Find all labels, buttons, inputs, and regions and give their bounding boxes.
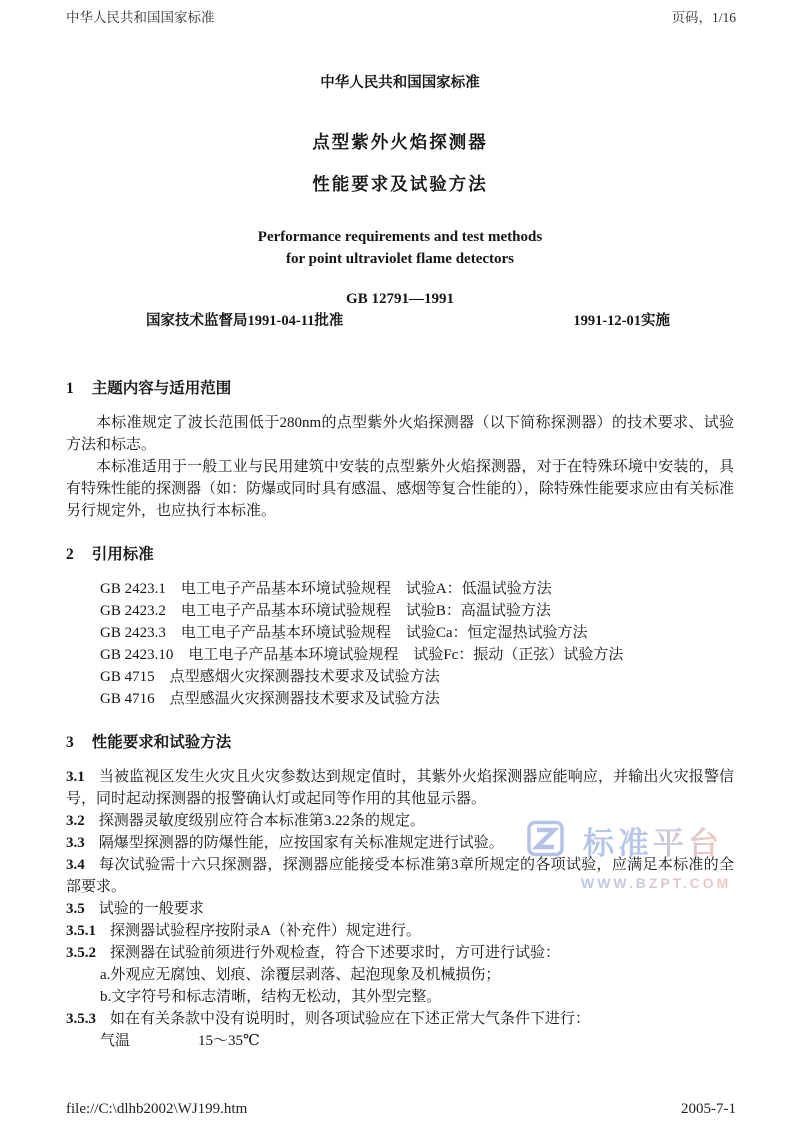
page-number: 页码，1/16 [671, 6, 736, 26]
clause-3-1: 3.1当被监视区发生火灾且火灾参数达到规定值时，其紫外火焰探测器应能响应，并输出… [66, 766, 734, 810]
reference-item: GB 2423.3 电工电子产品基本环境试验规程 试验Ca：恒定湿热试验方法 [100, 622, 734, 644]
section-1-paragraph: 本标准适用于一般工业与民用建筑中安装的点型紫外火焰探测器，对于在特殊环境中安装的… [66, 456, 734, 522]
section-2-heading: 2引用标准 [66, 544, 734, 566]
header-title: 中华人民共和国国家标准 [66, 6, 215, 26]
document-body: 中华人民共和国国家标准 点型紫外火焰探测器 性能要求及试验方法 Performa… [0, 72, 800, 1052]
effective-date: 1991-12-01实施 [573, 310, 670, 332]
reference-item: GB 4716 点型感温火灾探测器技术要求及试验方法 [100, 688, 734, 710]
standard-number: GB 12791—1991 [66, 288, 734, 310]
file-path: file://C:\dlhb2002\WJ199.htm [66, 1101, 247, 1118]
test-condition-row: 气温15～35℃ [66, 1030, 734, 1052]
standard-title-en-2: for point ultraviolet flame detectors [66, 248, 734, 270]
condition-value: 15～35℃ [198, 1033, 260, 1049]
document-footer: file://C:\dlhb2002\WJ199.htm 2005-7-1 [66, 1101, 736, 1118]
clause-3-3: 3.3隔爆型探测器的防爆性能，应按国家有关标准规定进行试验。 [66, 832, 734, 854]
approval-line: 国家技术监督局1991-04-11批准 1991-12-01实施 [66, 310, 734, 332]
org-line: 中华人民共和国国家标准 [66, 72, 734, 94]
reference-item: GB 4715 点型感烟火灾探测器技术要求及试验方法 [100, 666, 734, 688]
reference-item: GB 2423.2 电工电子产品基本环境试验规程 试验B：高温试验方法 [100, 600, 734, 622]
subitem-b: b.文字符号和标志清晰，结构无松动，其外型完整。 [66, 986, 734, 1008]
approved-by: 国家技术监督局1991-04-11批准 [146, 310, 343, 332]
clause-3-4: 3.4每次试验需十六只探测器，探测器应能接受本标准第3章所规定的各项试验，应满足… [66, 854, 734, 898]
standard-title-en-1: Performance requirements and test method… [66, 226, 734, 248]
standard-title-cn-1: 点型紫外火焰探测器 [66, 130, 734, 154]
standard-title-cn-2: 性能要求及试验方法 [66, 172, 734, 196]
section-1-paragraph: 本标准规定了波长范围低于280nm的点型紫外火焰探测器（以下简称探测器）的技术要… [66, 412, 734, 456]
document-page: 中华人民共和国国家标准 页码，1/16 标准平台 WWW.BZPT.COM 中华… [0, 0, 800, 1132]
document-header: 中华人民共和国国家标准 页码，1/16 [66, 6, 736, 26]
section-3-heading: 3性能要求和试验方法 [66, 732, 734, 754]
print-date: 2005-7-1 [681, 1101, 736, 1118]
reference-item: GB 2423.10 电工电子产品基本环境试验规程 试验Fc：振动（正弦）试验方… [100, 644, 734, 666]
subitem-a: a.外观应无腐蚀、划痕、涂覆层剥落、起泡现象及机械损伤； [66, 964, 734, 986]
clause-3-5-2: 3.5.2探测器在试验前须进行外观检查，符合下述要求时，方可进行试验： [66, 942, 734, 964]
section-1-heading: 1主题内容与适用范围 [66, 378, 734, 400]
clause-3-5-3: 3.5.3如在有关条款中没有说明时，则各项试验应在下述正常大气条件下进行： [66, 1008, 734, 1030]
clause-3-5: 3.5试验的一般要求 [66, 898, 734, 920]
clause-3-5-1: 3.5.1探测器试验程序按附录A（补充件）规定进行。 [66, 920, 734, 942]
clause-3-2: 3.2探测器灵敏度级别应符合本标准第3.22条的规定。 [66, 810, 734, 832]
condition-label: 气温 [100, 1033, 130, 1049]
reference-item: GB 2423.1 电工电子产品基本环境试验规程 试验A：低温试验方法 [100, 578, 734, 600]
